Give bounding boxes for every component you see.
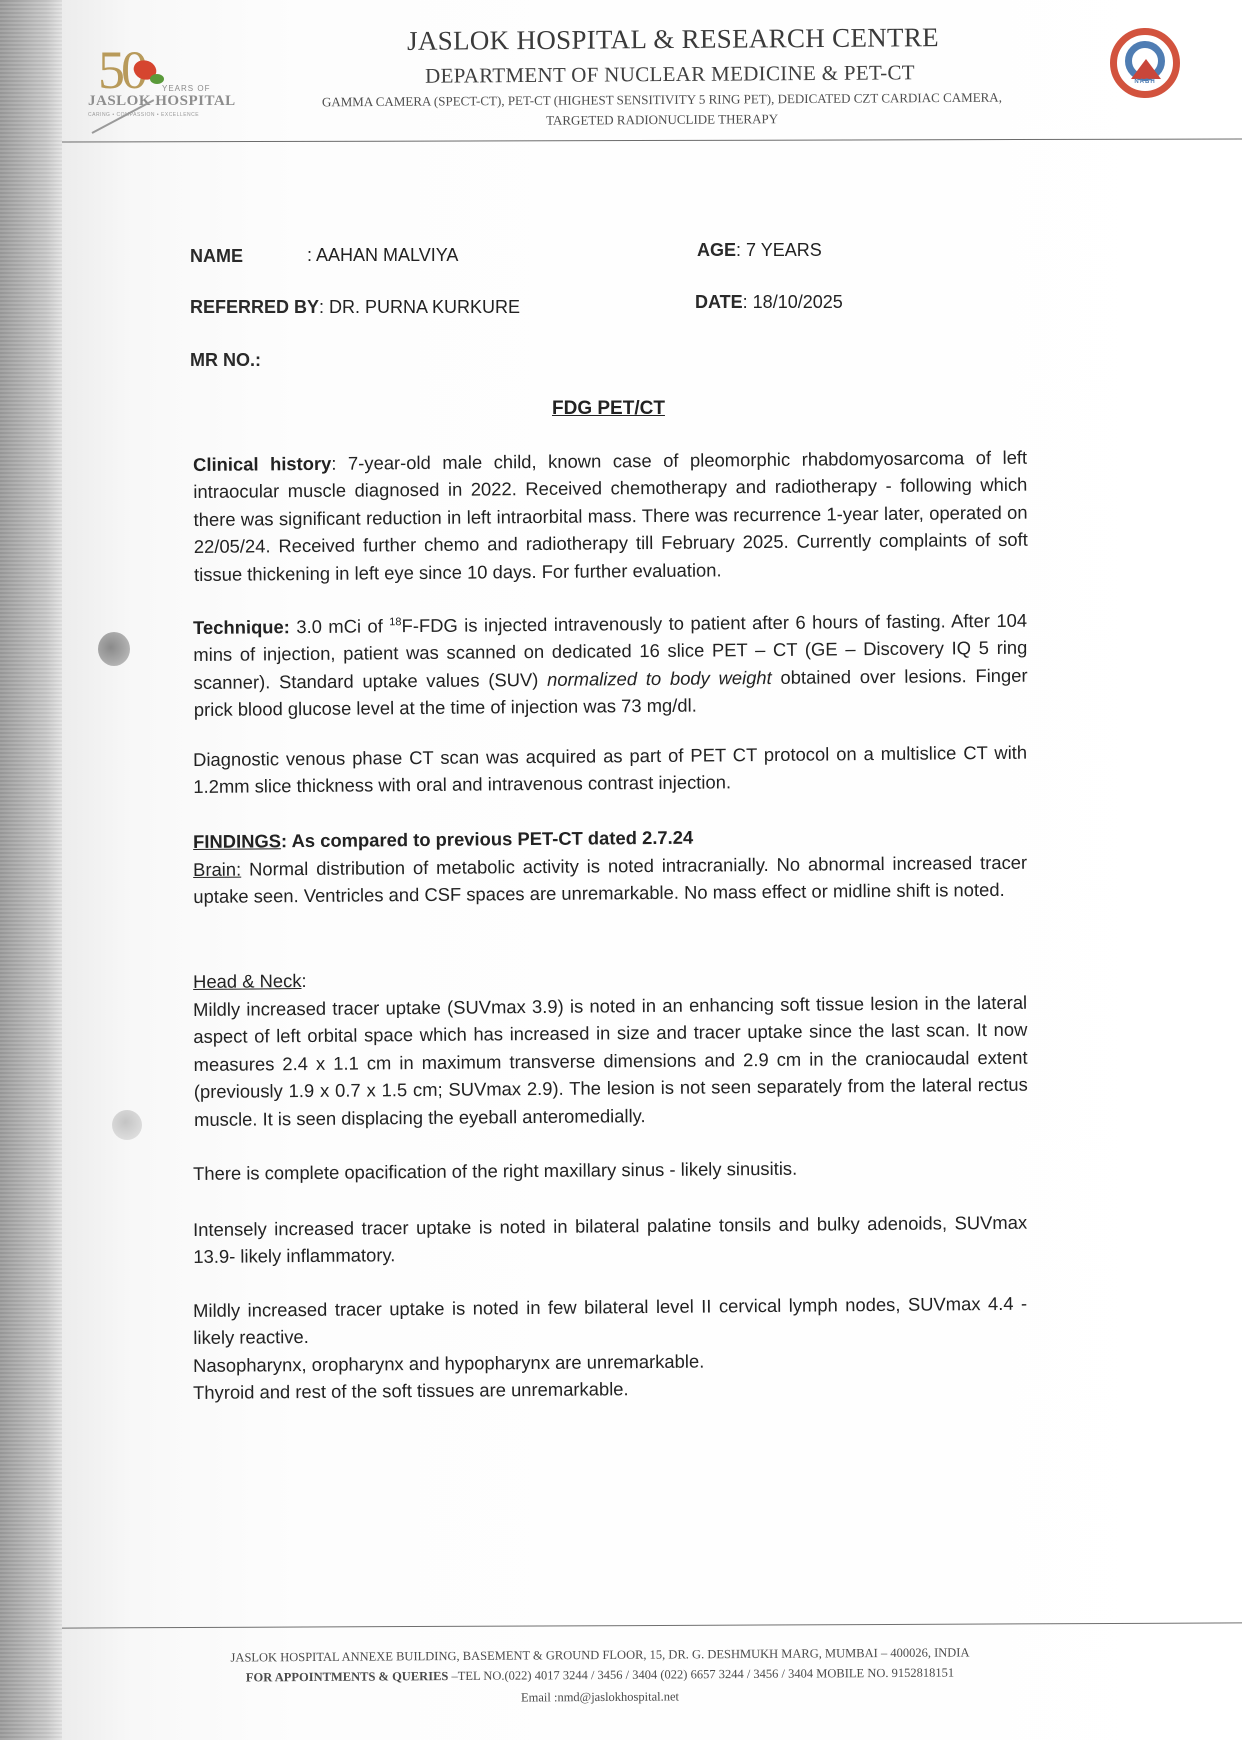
isotope-superscript: 18 <box>389 616 401 628</box>
department-name: DEPARTMENT OF NUCLEAR MEDICINE & PET-CT <box>340 60 1000 90</box>
logo-years-of: YEARS OF <box>162 84 210 93</box>
footer-appointments-label: FOR APPOINTMENTS & QUERIES <box>246 1669 449 1684</box>
referred-by-value: : DR. PURNA KURKURE <box>319 297 520 317</box>
nabh-accreditation-logo: NABH <box>1110 28 1180 98</box>
patient-name-value: : AAHAN MALVIYA <box>307 245 458 266</box>
technique: Technique: 3.0 mCi of 18F-FDG is injecte… <box>193 607 1028 724</box>
diagnostic-ct: Diagnostic venous phase CT scan was acqu… <box>193 739 1027 801</box>
technique-italic: normalized to body weight <box>547 667 772 690</box>
footer-phone-numbers: –TEL NO.(022) 4017 3244 / 3456 / 3404 (0… <box>448 1666 954 1684</box>
referred-by-row: REFERRED BY: DR. PURNA KURKURE <box>190 297 520 318</box>
mr-number-row: MR NO.: <box>190 350 261 371</box>
date-value: : 18/10/2025 <box>743 292 843 312</box>
findings-subtitle: : As compared to previous PET-CT dated 2… <box>281 827 693 852</box>
scanner-shadow-edge <box>0 0 62 1740</box>
clinical-history-label: Clinical history <box>193 453 331 475</box>
leaf-icon <box>150 74 164 84</box>
technique-dose: 3.0 mCi of <box>290 615 390 637</box>
brain-label: Brain: <box>193 859 241 880</box>
services-list: GAMMA CAMERA (SPECT-CT), PET-CT (HIGHEST… <box>212 87 1112 133</box>
punch-hole <box>112 1110 142 1140</box>
name-label: NAME <box>190 246 243 266</box>
scan-bottom-margin <box>0 1740 1242 1755</box>
date-label: DATE <box>695 292 743 312</box>
report-title: FDG PET/CT <box>552 398 665 420</box>
nabh-triangle-icon <box>1131 59 1161 79</box>
hospital-name: JASLOK HOSPITAL & RESEARCH CENTRE <box>388 22 958 57</box>
brain-text: Normal distribution of metabolic activit… <box>193 852 1027 908</box>
nabh-text: NABH <box>1117 79 1173 85</box>
findings-label: FINDINGS <box>193 830 281 852</box>
findings-brain: Brain: Normal distribution of metabolic … <box>193 849 1027 911</box>
head-neck-tonsils: Intensely increased tracer uptake is not… <box>193 1209 1027 1271</box>
age-label: AGE <box>697 240 736 260</box>
report-date-row: DATE: 18/10/2025 <box>695 292 843 313</box>
age-value: : 7 YEARS <box>736 240 822 260</box>
punch-hole <box>98 632 130 666</box>
technique-label: Technique: <box>193 616 290 638</box>
patient-name-row: NAME <box>190 246 243 267</box>
referred-by-label: REFERRED BY <box>190 297 319 317</box>
patient-age-row: AGE: 7 YEARS <box>697 240 822 261</box>
clinical-history: Clinical history: 7-year-old male child,… <box>193 444 1028 588</box>
head-neck-lymph-nodes: Mildly increased tracer uptake is noted … <box>193 1290 1027 1352</box>
head-neck-orbital-lesion: Mildly increased tracer uptake (SUVmax 3… <box>193 989 1028 1133</box>
head-neck-colon: : <box>301 970 306 991</box>
head-neck-label: Head & Neck <box>193 970 302 992</box>
mr-number-label: MR NO.: <box>190 350 261 370</box>
